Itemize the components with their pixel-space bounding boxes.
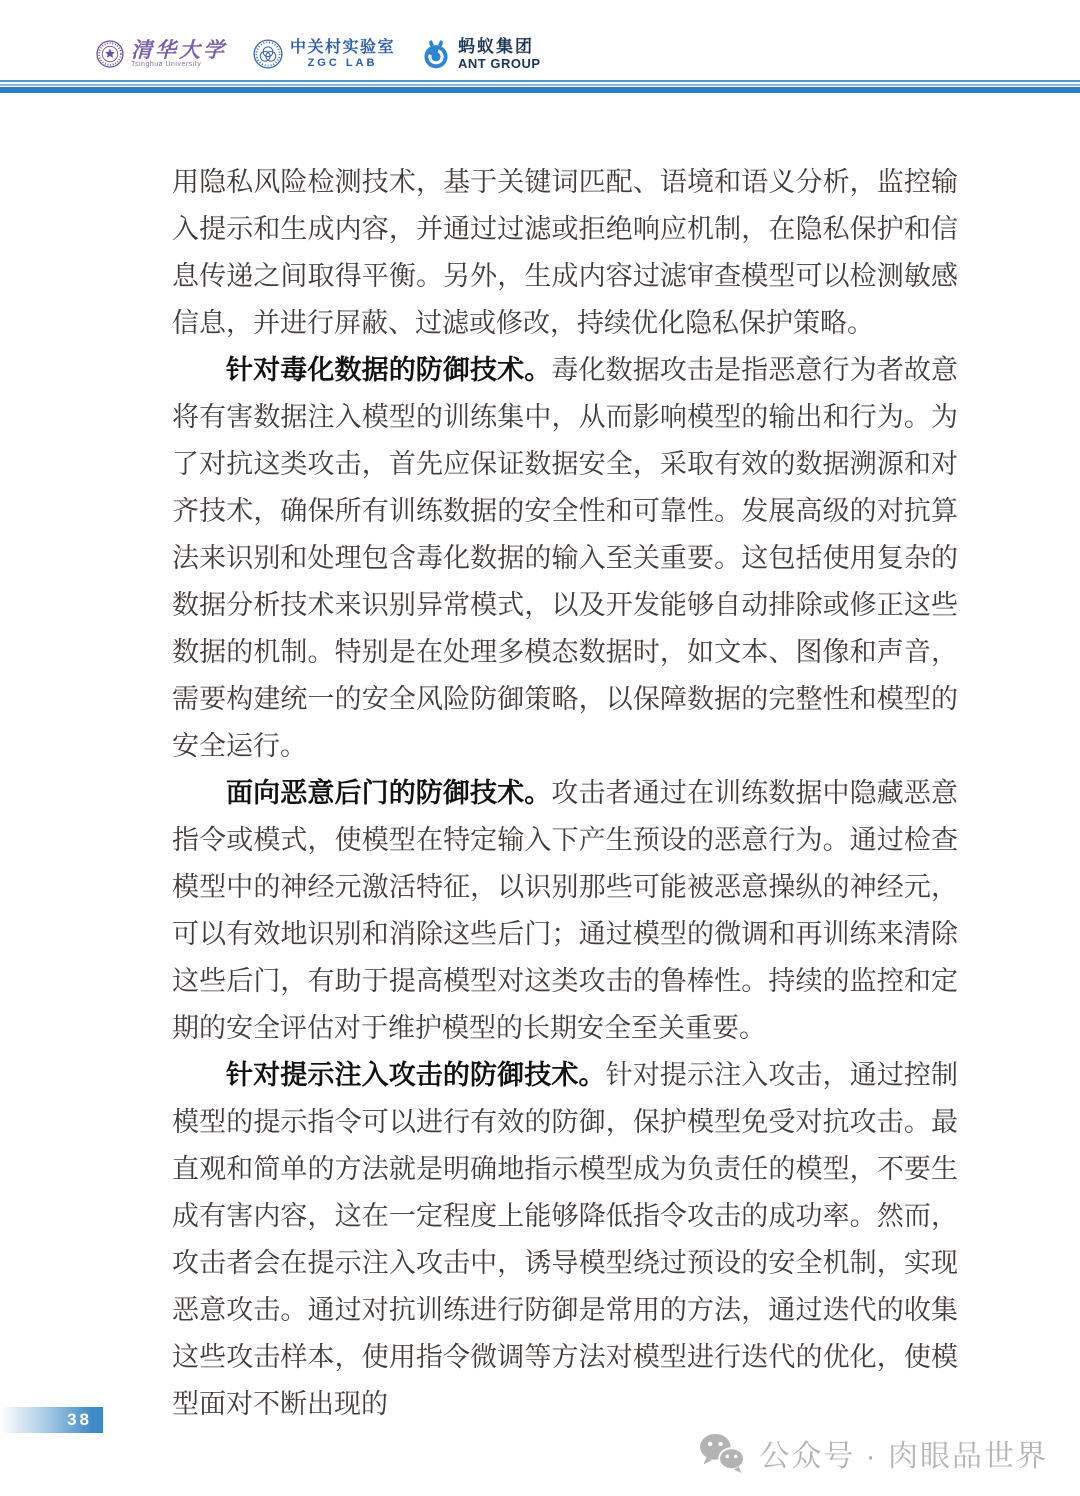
page-number: 38	[67, 1410, 92, 1430]
watermark: 公众号 · 肉眼品世界	[699, 1431, 1048, 1475]
zgclab-seal-icon	[253, 39, 283, 69]
tsinghua-logo: 清华大学 Tsinghua University	[96, 39, 227, 69]
zgclab-wordmark-en: ZGC LAB	[290, 57, 395, 70]
paragraph: 针对毒化数据的防御技术。毒化数据攻击是指恶意行为者故意将有害数据注入模型的训练集…	[172, 347, 958, 770]
document-page: 清华大学 Tsinghua University 中关村实验室 ZGC LAB	[0, 0, 1080, 1496]
paragraph-heading: 面向恶意后门的防御技术。	[226, 778, 551, 808]
paragraph-heading: 针对毒化数据的防御技术。	[226, 355, 551, 385]
antgroup-logo: 蚂蚁集团 ANT GROUP	[421, 37, 541, 71]
header-logos: 清华大学 Tsinghua University 中关村实验室 ZGC LAB	[96, 36, 541, 72]
document-text-block: 用隐私风险检测技术，基于关键词匹配、语境和语义分析，监控输入提示和生成内容，并通…	[172, 159, 958, 1428]
antgroup-wordmark-en: ANT GROUP	[458, 56, 541, 71]
header-divider	[0, 80, 1080, 93]
zgclab-logo: 中关村实验室 ZGC LAB	[253, 39, 395, 70]
tsinghua-wordmark-en: Tsinghua University	[131, 61, 227, 69]
antgroup-ant-icon	[421, 39, 451, 69]
paragraph: 用隐私风险检测技术，基于关键词匹配、语境和语义分析，监控输入提示和生成内容，并通…	[172, 159, 958, 347]
page-number-badge: 38	[0, 1407, 103, 1433]
paragraph: 针对提示注入攻击的防御技术。针对提示注入攻击，通过控制模型的提示指令可以进行有效…	[172, 1052, 958, 1428]
zgclab-wordmark: 中关村实验室	[290, 39, 395, 57]
paragraphs: 用隐私风险检测技术，基于关键词匹配、语境和语义分析，监控输入提示和生成内容，并通…	[172, 159, 958, 1428]
paragraph: 面向恶意后门的防御技术。攻击者通过在训练数据中隐藏恶意指令或模式，使模型在特定输…	[172, 770, 958, 1052]
antgroup-wordmark: 蚂蚁集团	[458, 37, 541, 56]
watermark-text: 公众号 · 肉眼品世界	[759, 1431, 1048, 1475]
tsinghua-seal-icon	[96, 40, 124, 68]
wechat-icon	[699, 1433, 745, 1473]
paragraph-heading: 针对提示注入攻击的防御技术。	[226, 1060, 606, 1090]
tsinghua-wordmark: 清华大学	[131, 39, 227, 61]
